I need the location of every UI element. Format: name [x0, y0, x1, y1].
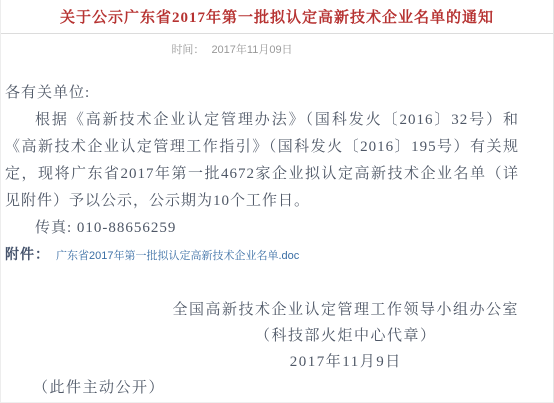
- signature-seal-note: （科技部火炬中心代章）: [172, 323, 519, 349]
- footer-disclosure-note: （此件主动公开）: [5, 376, 519, 401]
- page-title: 关于公示广东省2017年第一批拟认定高新技术企业名单的通知: [1, 0, 553, 27]
- attachment-file-link[interactable]: 广东省2017年第一批拟认定高新技术企业名单.doc: [56, 250, 299, 262]
- attachment-label: 附件：: [5, 248, 50, 263]
- time-value: 2017年11月09日: [211, 44, 292, 56]
- signature-date: 2017年11月9日: [172, 349, 519, 375]
- signature-org: 全国高新技术企业认定管理工作领导小组办公室: [172, 297, 519, 323]
- salutation: 各有关单位:: [5, 80, 519, 107]
- time-label: 时间：: [171, 44, 204, 56]
- attachment-row: 附件：广东省2017年第一批拟认定高新技术企业名单.doc: [1, 245, 553, 266]
- body-paragraph: 根据《高新技术企业认定管理办法》（国科发火〔2016〕32号）和《高新技术企业认…: [5, 107, 519, 215]
- publish-meta: 时间：2017年11月09日: [0, 43, 508, 57]
- fax-line: 传真: 010-88656259: [5, 215, 519, 242]
- document-body: 各有关单位: 根据《高新技术企业认定管理办法》（国科发火〔2016〕32号）和《…: [1, 80, 553, 242]
- signature-block: 全国高新技术企业认定管理工作领导小组办公室 （科技部火炬中心代章） 2017年1…: [172, 297, 519, 375]
- title-divider: [1, 33, 553, 34]
- signature-area: 全国高新技术企业认定管理工作领导小组办公室 （科技部火炬中心代章） 2017年1…: [1, 297, 553, 401]
- notice-document: 关于公示广东省2017年第一批拟认定高新技术企业名单的通知 时间：2017年11…: [0, 0, 554, 403]
